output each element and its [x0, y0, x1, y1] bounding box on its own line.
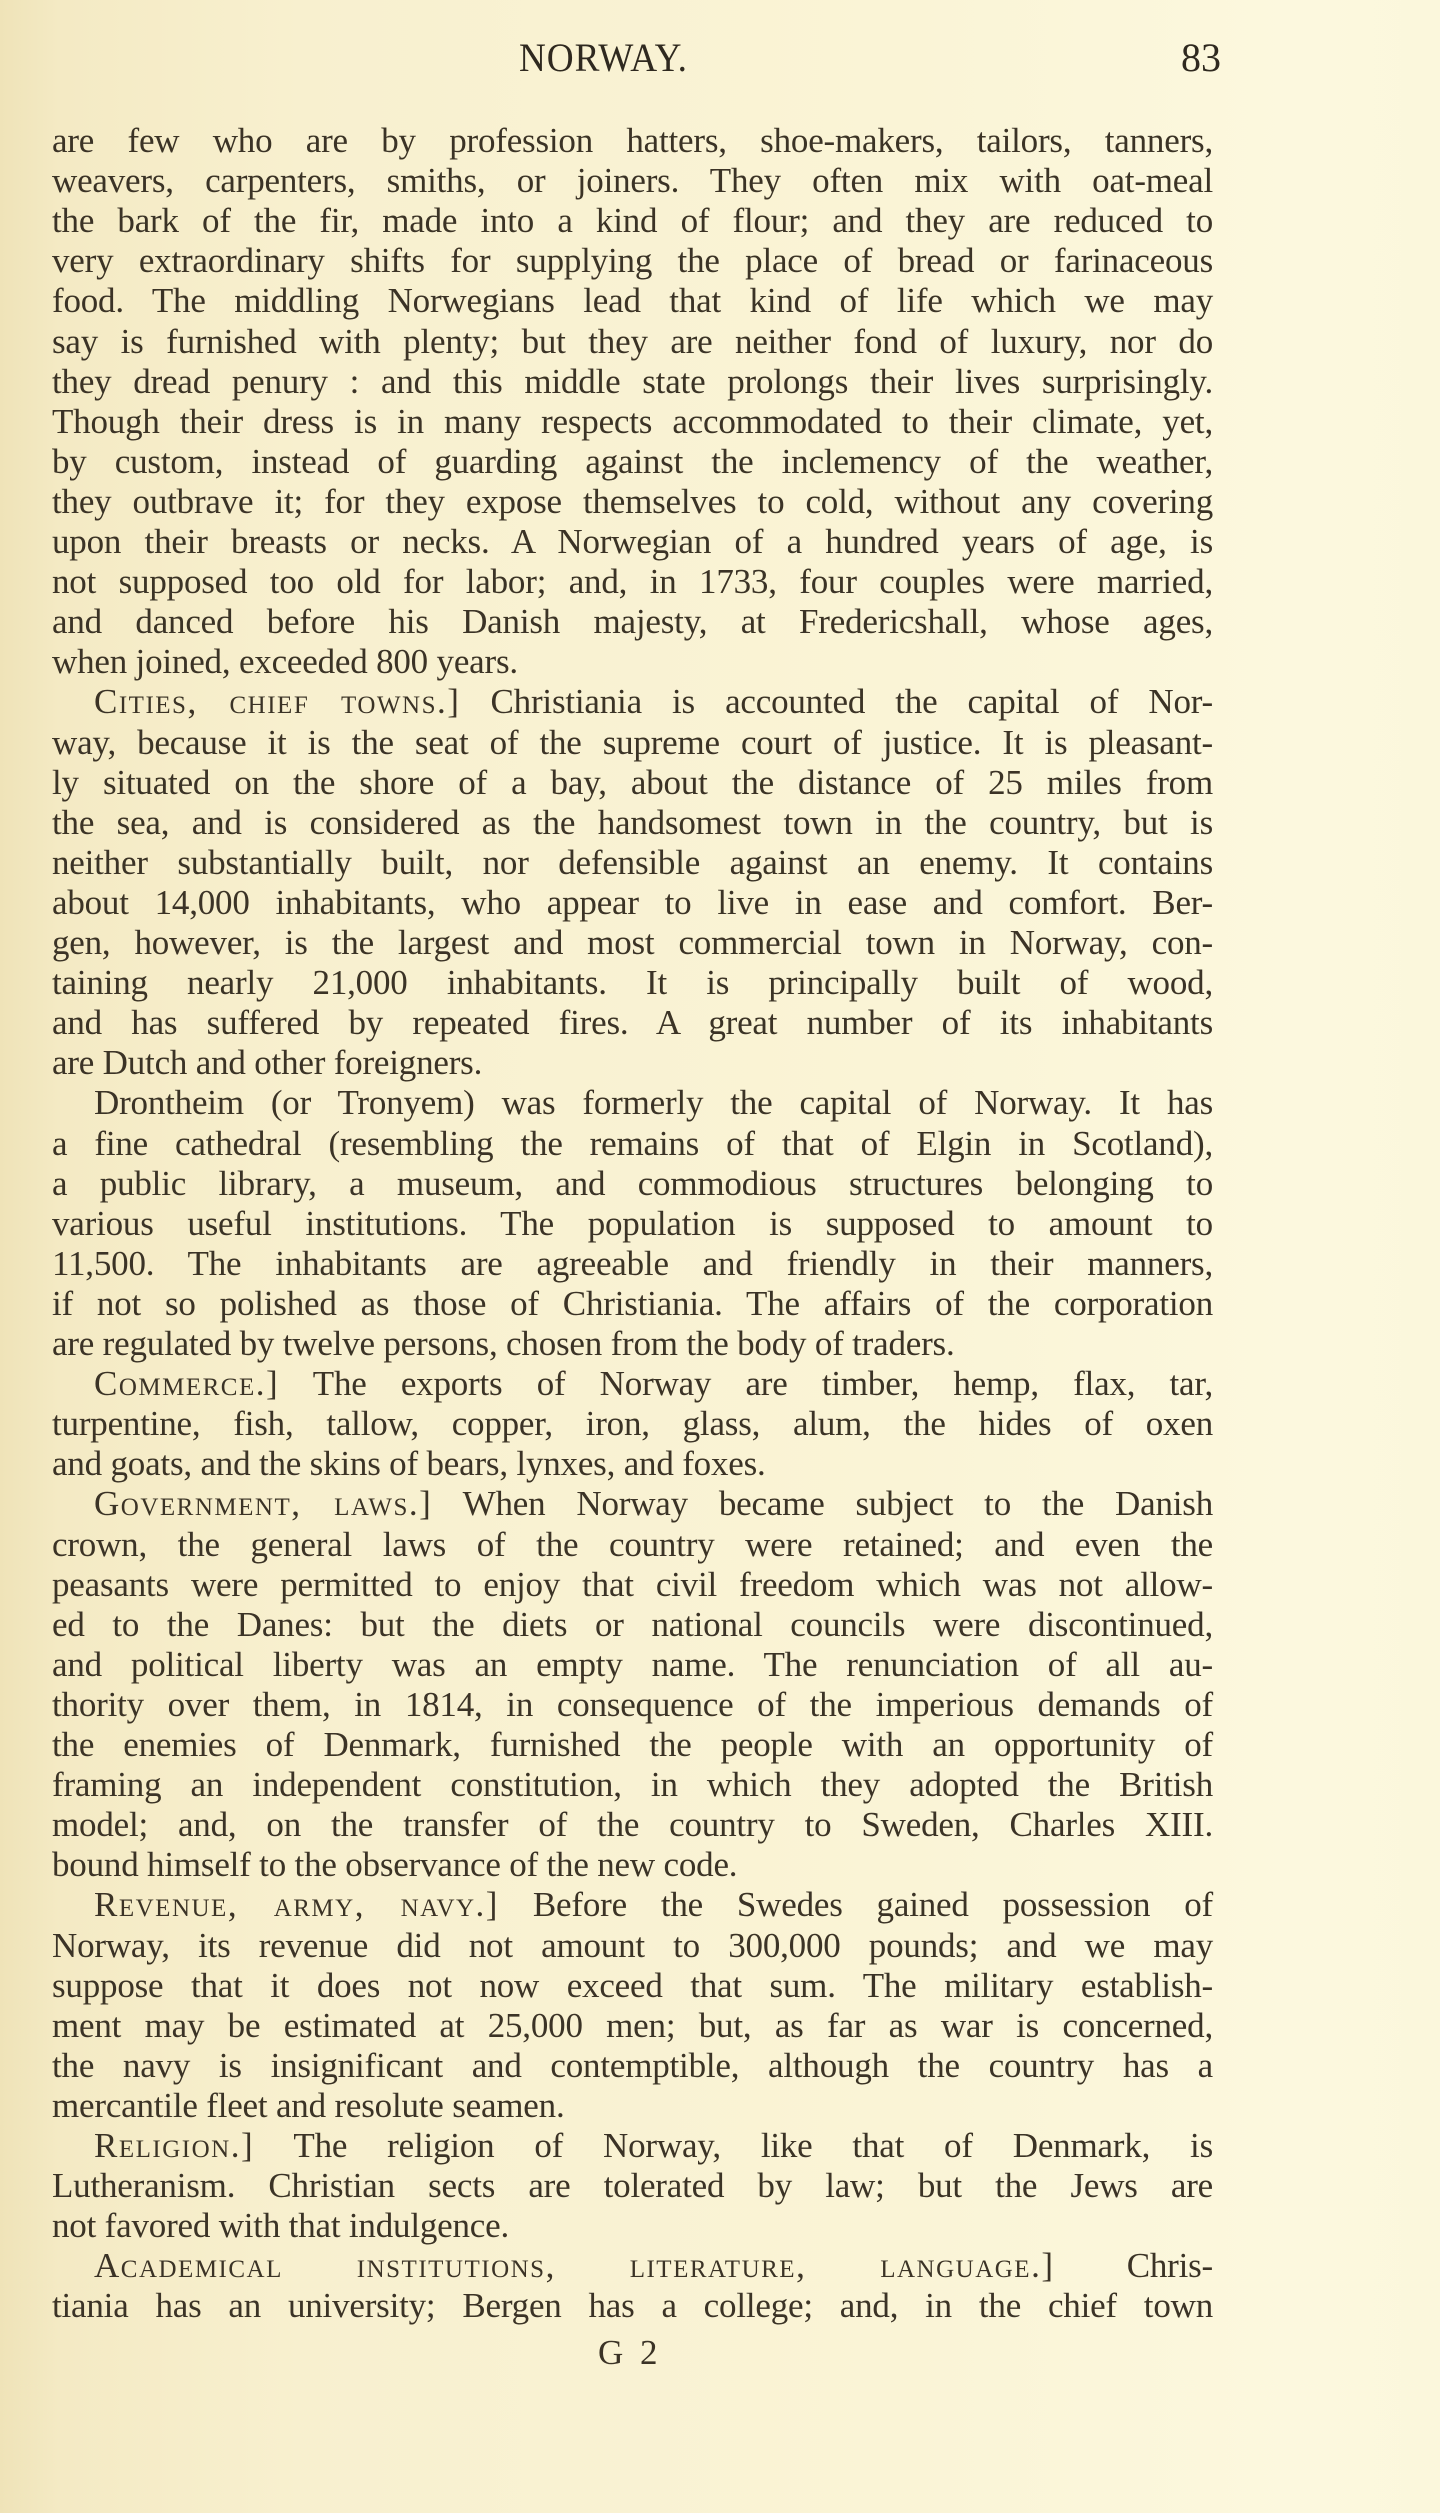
- line-text: various useful institutions. The populat…: [52, 1204, 1213, 1243]
- line-text: they dread penury : and this middle stat…: [52, 362, 1213, 401]
- text-line: the sea, and is considered as the handso…: [52, 803, 1213, 843]
- text-line: and danced before his Danish majesty, at…: [52, 602, 1213, 642]
- line-text: if not so polished as those of Christian…: [52, 1284, 1213, 1323]
- line-text: are Dutch and other foreigners.: [52, 1043, 482, 1082]
- text-line: Though their dress is in many respects a…: [52, 402, 1213, 442]
- line-text: bound himself to the observance of the n…: [52, 1845, 737, 1884]
- text-line: model; and, on the transfer of the count…: [52, 1805, 1213, 1845]
- text-line: gen, however, is the largest and most co…: [52, 923, 1213, 963]
- section-heading: Religion.]: [94, 2126, 254, 2165]
- line-text: about 14,000 inhabitants, who appear to …: [52, 883, 1213, 922]
- line-text: the sea, and is considered as the handso…: [52, 803, 1213, 842]
- text-line: when joined, exceeded 800 years.: [52, 642, 1213, 682]
- section-heading: Academical institutions, literature, lan…: [94, 2246, 1055, 2285]
- line-text: tiania has an university; Bergen has a c…: [52, 2286, 1213, 2325]
- line-text: say is furnished with plenty; but they a…: [52, 322, 1213, 361]
- line-text: framing an independent constitution, in …: [52, 1765, 1213, 1804]
- text-line: not favored with that indulgence.: [52, 2206, 1213, 2246]
- line-text: ment may be estimated at 25,000 men; but…: [52, 2006, 1213, 2045]
- text-line: very extraordinary shifts for supplying …: [52, 241, 1213, 281]
- text-line: upon their breasts or necks. A Norwegian…: [52, 522, 1213, 562]
- text-line: Lutheranism. Christian sects are tolerat…: [52, 2166, 1213, 2206]
- section-heading-line: Government, laws.] When Norway became su…: [94, 1484, 1213, 1524]
- line-text: 11,500. The inhabitants are agreeable an…: [52, 1244, 1213, 1283]
- text-line: not supposed too old for labor; and, in …: [52, 562, 1213, 602]
- text-line: Norway, its revenue did not amount to 30…: [52, 1926, 1213, 1966]
- page-number: 83: [1181, 38, 1221, 78]
- line-text: the bark of the fir, made into a kind of…: [52, 201, 1213, 240]
- text-line: they outbrave it; for they expose themse…: [52, 482, 1213, 522]
- text-line: ly situated on the shore of a bay, about…: [52, 763, 1213, 803]
- text-line: and political liberty was an empty name.…: [52, 1645, 1213, 1685]
- line-text: peasants were permitted to enjoy that ci…: [52, 1565, 1213, 1604]
- text-line: taining nearly 21,000 inhabitants. It is…: [52, 963, 1213, 1003]
- text-line: are regulated by twelve persons, chosen …: [52, 1324, 1213, 1364]
- line-text: The religion of Norway, like that of Den…: [293, 2126, 1213, 2165]
- line-text: and danced before his Danish majesty, at…: [52, 602, 1213, 641]
- text-line: thority over them, in 1814, in consequen…: [52, 1685, 1213, 1725]
- text-line: crown, the general laws of the country w…: [52, 1525, 1213, 1565]
- line-text: a public library, a museum, and commodio…: [52, 1164, 1213, 1203]
- line-text: Before the Swedes gained possession of: [533, 1885, 1213, 1924]
- line-text: Chris-: [1127, 2246, 1213, 2285]
- text-line: framing an independent constitution, in …: [52, 1765, 1213, 1805]
- text-line: and goats, and the skins of bears, lynxe…: [52, 1444, 1213, 1484]
- line-text: and goats, and the skins of bears, lynxe…: [52, 1444, 766, 1483]
- line-text: not favored with that indulgence.: [52, 2206, 509, 2245]
- text-line: mercantile fleet and resolute seamen.: [52, 2086, 1213, 2126]
- line-text: Drontheim (or Tronyem) was formerly the …: [94, 1083, 1213, 1122]
- line-text: food. The middling Norwegians lead that …: [52, 281, 1213, 320]
- line-text: Norway, its revenue did not amount to 30…: [52, 1926, 1213, 1965]
- text-line: bound himself to the observance of the n…: [52, 1845, 1213, 1885]
- line-text: weavers, carpenters, smiths, or joiners.…: [52, 161, 1213, 200]
- line-text: upon their breasts or necks. A Norwegian…: [52, 522, 1213, 561]
- line-text: Lutheranism. Christian sects are tolerat…: [52, 2166, 1213, 2205]
- text-line: say is furnished with plenty; but they a…: [52, 322, 1213, 362]
- text-line: tiania has an university; Bergen has a c…: [52, 2286, 1213, 2326]
- line-text: gen, however, is the largest and most co…: [52, 923, 1213, 962]
- line-text: Christiania is accounted the capital of …: [491, 682, 1213, 721]
- signature-mark: G 2: [598, 2333, 662, 2373]
- line-text: model; and, on the transfer of the count…: [52, 1805, 1213, 1844]
- line-text: turpentine, fish, tallow, copper, iron, …: [52, 1404, 1213, 1443]
- section-heading-line: Commerce.] The exports of Norway are tim…: [94, 1364, 1213, 1404]
- line-text: The exports of Norway are timber, hemp, …: [313, 1364, 1213, 1403]
- section-heading-line: Cities, chief towns.] Christiania is acc…: [94, 682, 1213, 722]
- section-heading: Government, laws.]: [94, 1484, 432, 1523]
- line-text: suppose that it does not now exceed that…: [52, 1966, 1213, 2005]
- line-text: not supposed too old for labor; and, in …: [52, 562, 1213, 601]
- text-line: suppose that it does not now exceed that…: [52, 1966, 1213, 2006]
- book-page: NORWAY. 83 are few who are by profession…: [0, 0, 1440, 2513]
- text-line: a fine cathedral (resembling the remains…: [52, 1124, 1213, 1164]
- text-line: are Dutch and other foreigners.: [52, 1043, 1213, 1083]
- line-text: are few who are by profession hatters, s…: [52, 121, 1213, 160]
- text-line: the bark of the fir, made into a kind of…: [52, 201, 1213, 241]
- text-line: weavers, carpenters, smiths, or joiners.…: [52, 161, 1213, 201]
- section-heading-line: Revenue, army, navy.] Before the Swedes …: [94, 1885, 1213, 1925]
- running-title: NORWAY.: [519, 38, 688, 78]
- line-text: and has suffered by repeated fires. A gr…: [52, 1003, 1213, 1042]
- text-line: if not so polished as those of Christian…: [52, 1284, 1213, 1324]
- line-text: when joined, exceeded 800 years.: [52, 642, 518, 681]
- line-text: the navy is insignificant and contemptib…: [52, 2046, 1213, 2085]
- text-line: the navy is insignificant and contemptib…: [52, 2046, 1213, 2086]
- section-heading: Cities, chief towns.]: [94, 682, 460, 721]
- text-line: they dread penury : and this middle stat…: [52, 362, 1213, 402]
- line-text: ly situated on the shore of a bay, about…: [52, 763, 1213, 802]
- text-line: by custom, instead of guarding against t…: [52, 442, 1213, 482]
- text-line: are few who are by profession hatters, s…: [52, 121, 1213, 161]
- section-heading-line: Religion.] The religion of Norway, like …: [94, 2126, 1213, 2166]
- text-line: peasants were permitted to enjoy that ci…: [52, 1565, 1213, 1605]
- line-text: are regulated by twelve persons, chosen …: [52, 1324, 955, 1363]
- line-text: and political liberty was an empty name.…: [52, 1645, 1213, 1684]
- line-text: ed to the Danes: but the diets or nation…: [52, 1605, 1213, 1644]
- text-line: 11,500. The inhabitants are agreeable an…: [52, 1244, 1213, 1284]
- text-line: neither substantially built, nor defensi…: [52, 843, 1213, 883]
- line-text: When Norway became subject to the Danish: [463, 1484, 1213, 1523]
- line-text: taining nearly 21,000 inhabitants. It is…: [52, 963, 1213, 1002]
- text-line: the enemies of Denmark, furnished the pe…: [52, 1725, 1213, 1765]
- text-line: ment may be estimated at 25,000 men; but…: [52, 2006, 1213, 2046]
- text-line: turpentine, fish, tallow, copper, iron, …: [52, 1404, 1213, 1444]
- line-text: crown, the general laws of the country w…: [52, 1525, 1213, 1564]
- line-text: the enemies of Denmark, furnished the pe…: [52, 1725, 1213, 1764]
- section-heading: Commerce.]: [94, 1364, 279, 1403]
- text-line: and has suffered by repeated fires. A gr…: [52, 1003, 1213, 1043]
- section-heading-line: Academical institutions, literature, lan…: [94, 2246, 1213, 2286]
- line-text: thority over them, in 1814, in consequen…: [52, 1685, 1213, 1724]
- line-text: way, because it is the seat of the supre…: [52, 723, 1213, 762]
- text-line: about 14,000 inhabitants, who appear to …: [52, 883, 1213, 923]
- line-text: by custom, instead of guarding against t…: [52, 442, 1213, 481]
- text-line: a public library, a museum, and commodio…: [52, 1164, 1213, 1204]
- text-line: Drontheim (or Tronyem) was formerly the …: [94, 1083, 1213, 1123]
- line-text: a fine cathedral (resembling the remains…: [52, 1124, 1213, 1163]
- text-line: various useful institutions. The populat…: [52, 1204, 1213, 1244]
- text-line: ed to the Danes: but the diets or nation…: [52, 1605, 1213, 1645]
- line-text: neither substantially built, nor defensi…: [52, 843, 1213, 882]
- line-text: they outbrave it; for they expose themse…: [52, 482, 1213, 521]
- text-line: way, because it is the seat of the supre…: [52, 723, 1213, 763]
- line-text: Though their dress is in many respects a…: [52, 402, 1213, 441]
- line-text: very extraordinary shifts for supplying …: [52, 241, 1213, 280]
- line-text: mercantile fleet and resolute seamen.: [52, 2086, 565, 2125]
- section-heading: Revenue, army, navy.]: [94, 1885, 499, 1924]
- text-line: food. The middling Norwegians lead that …: [52, 281, 1213, 321]
